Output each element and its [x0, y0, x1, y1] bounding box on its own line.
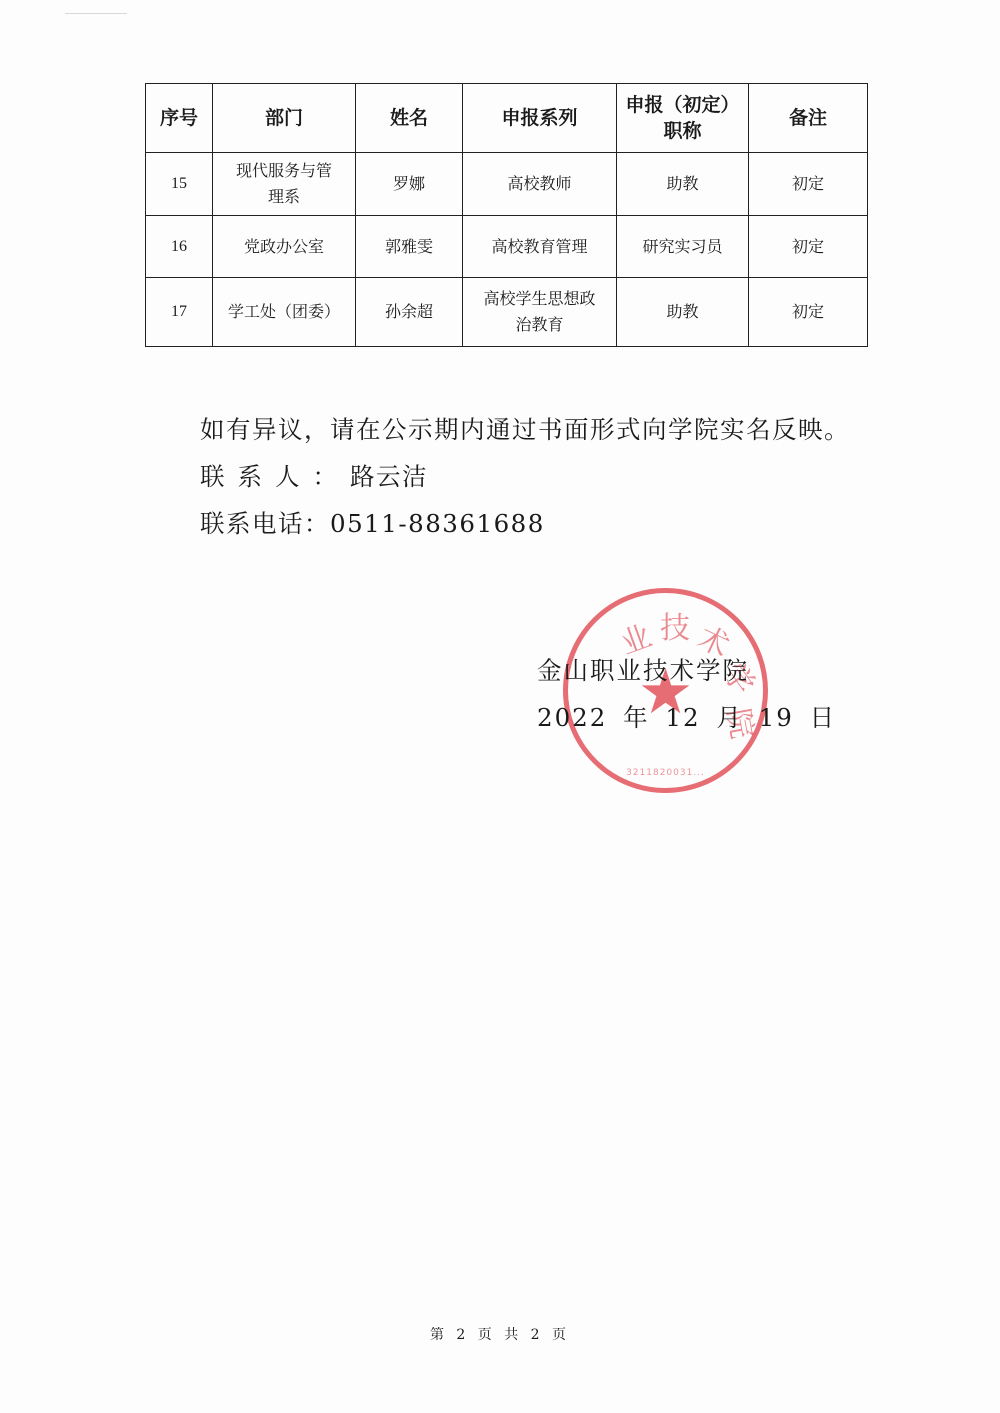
cell-name: 孙余超 — [356, 278, 463, 347]
cell-no: 15 — [146, 153, 213, 216]
issuer-name: 金山职业技术学院 — [537, 652, 749, 687]
cell-series: 高校教育管理 — [463, 216, 617, 278]
cell-title: 助教 — [617, 278, 749, 347]
cell-name: 郭雅雯 — [356, 216, 463, 278]
objection-notice: 如有异议，请在公示期内通过书面形式向学院实名反映。 — [200, 411, 850, 446]
cell-department-line: 现代服务与管 — [219, 158, 349, 184]
cell-title: 研究实习员 — [617, 216, 749, 278]
cell-department-line: 理系 — [219, 184, 349, 210]
candidate-table: 序号 部门 姓名 申报系列 申报（初定） 职称 备注 15 现代服务与管 理系 … — [145, 83, 868, 347]
table-header-row: 序号 部门 姓名 申报系列 申报（初定） 职称 备注 — [146, 84, 868, 153]
header-department: 部门 — [213, 84, 356, 153]
contact-person-label: 联系人： — [200, 462, 350, 491]
seal-char: 技 — [660, 603, 690, 647]
cell-department: 党政办公室 — [213, 216, 356, 278]
contact-phone-value: 0511-88361688 — [330, 509, 545, 538]
header-no: 序号 — [146, 84, 213, 153]
header-title-line1: 申报（初定） — [623, 92, 742, 118]
contact-person-line: 联系人：路云洁 — [200, 458, 428, 493]
table-row: 16 党政办公室 郭雅雯 高校教育管理 研究实习员 初定 — [146, 216, 868, 278]
page-number: 第 2 页 共 2 页 — [0, 1324, 1000, 1344]
cell-title: 助教 — [617, 153, 749, 216]
table-row: 17 学工处（团委） 孙余超 高校学生思想政 治教育 助教 初定 — [146, 278, 868, 347]
header-name: 姓名 — [356, 84, 463, 153]
cell-remark: 初定 — [749, 153, 868, 216]
header-remark: 备注 — [749, 84, 868, 153]
scan-artifact — [65, 13, 127, 14]
issue-date: 2022 年 12 月 19 日 — [537, 699, 836, 734]
header-title: 申报（初定） 职称 — [617, 84, 749, 153]
header-series: 申报系列 — [463, 84, 617, 153]
header-title-line2: 职称 — [623, 118, 742, 144]
cell-department: 学工处（团委） — [213, 278, 356, 347]
cell-name: 罗娜 — [356, 153, 463, 216]
cell-no: 17 — [146, 278, 213, 347]
cell-series-line: 高校学生思想政 — [469, 286, 610, 312]
contact-phone-line: 联系电话：0511-88361688 — [200, 505, 545, 540]
seal-code: 3211820031... — [626, 768, 705, 778]
official-seal: 业 技 术 学 院 ★ 3211820031... — [563, 588, 768, 793]
cell-no: 16 — [146, 216, 213, 278]
table-row: 15 现代服务与管 理系 罗娜 高校教师 助教 初定 — [146, 153, 868, 216]
contact-person-value: 路云洁 — [350, 462, 428, 491]
cell-series-line: 治教育 — [469, 312, 610, 338]
contact-phone-label: 联系电话： — [200, 509, 330, 538]
cell-remark: 初定 — [749, 278, 868, 347]
cell-remark: 初定 — [749, 216, 868, 278]
cell-series: 高校教师 — [463, 153, 617, 216]
cell-department: 现代服务与管 理系 — [213, 153, 356, 216]
cell-series: 高校学生思想政 治教育 — [463, 278, 617, 347]
